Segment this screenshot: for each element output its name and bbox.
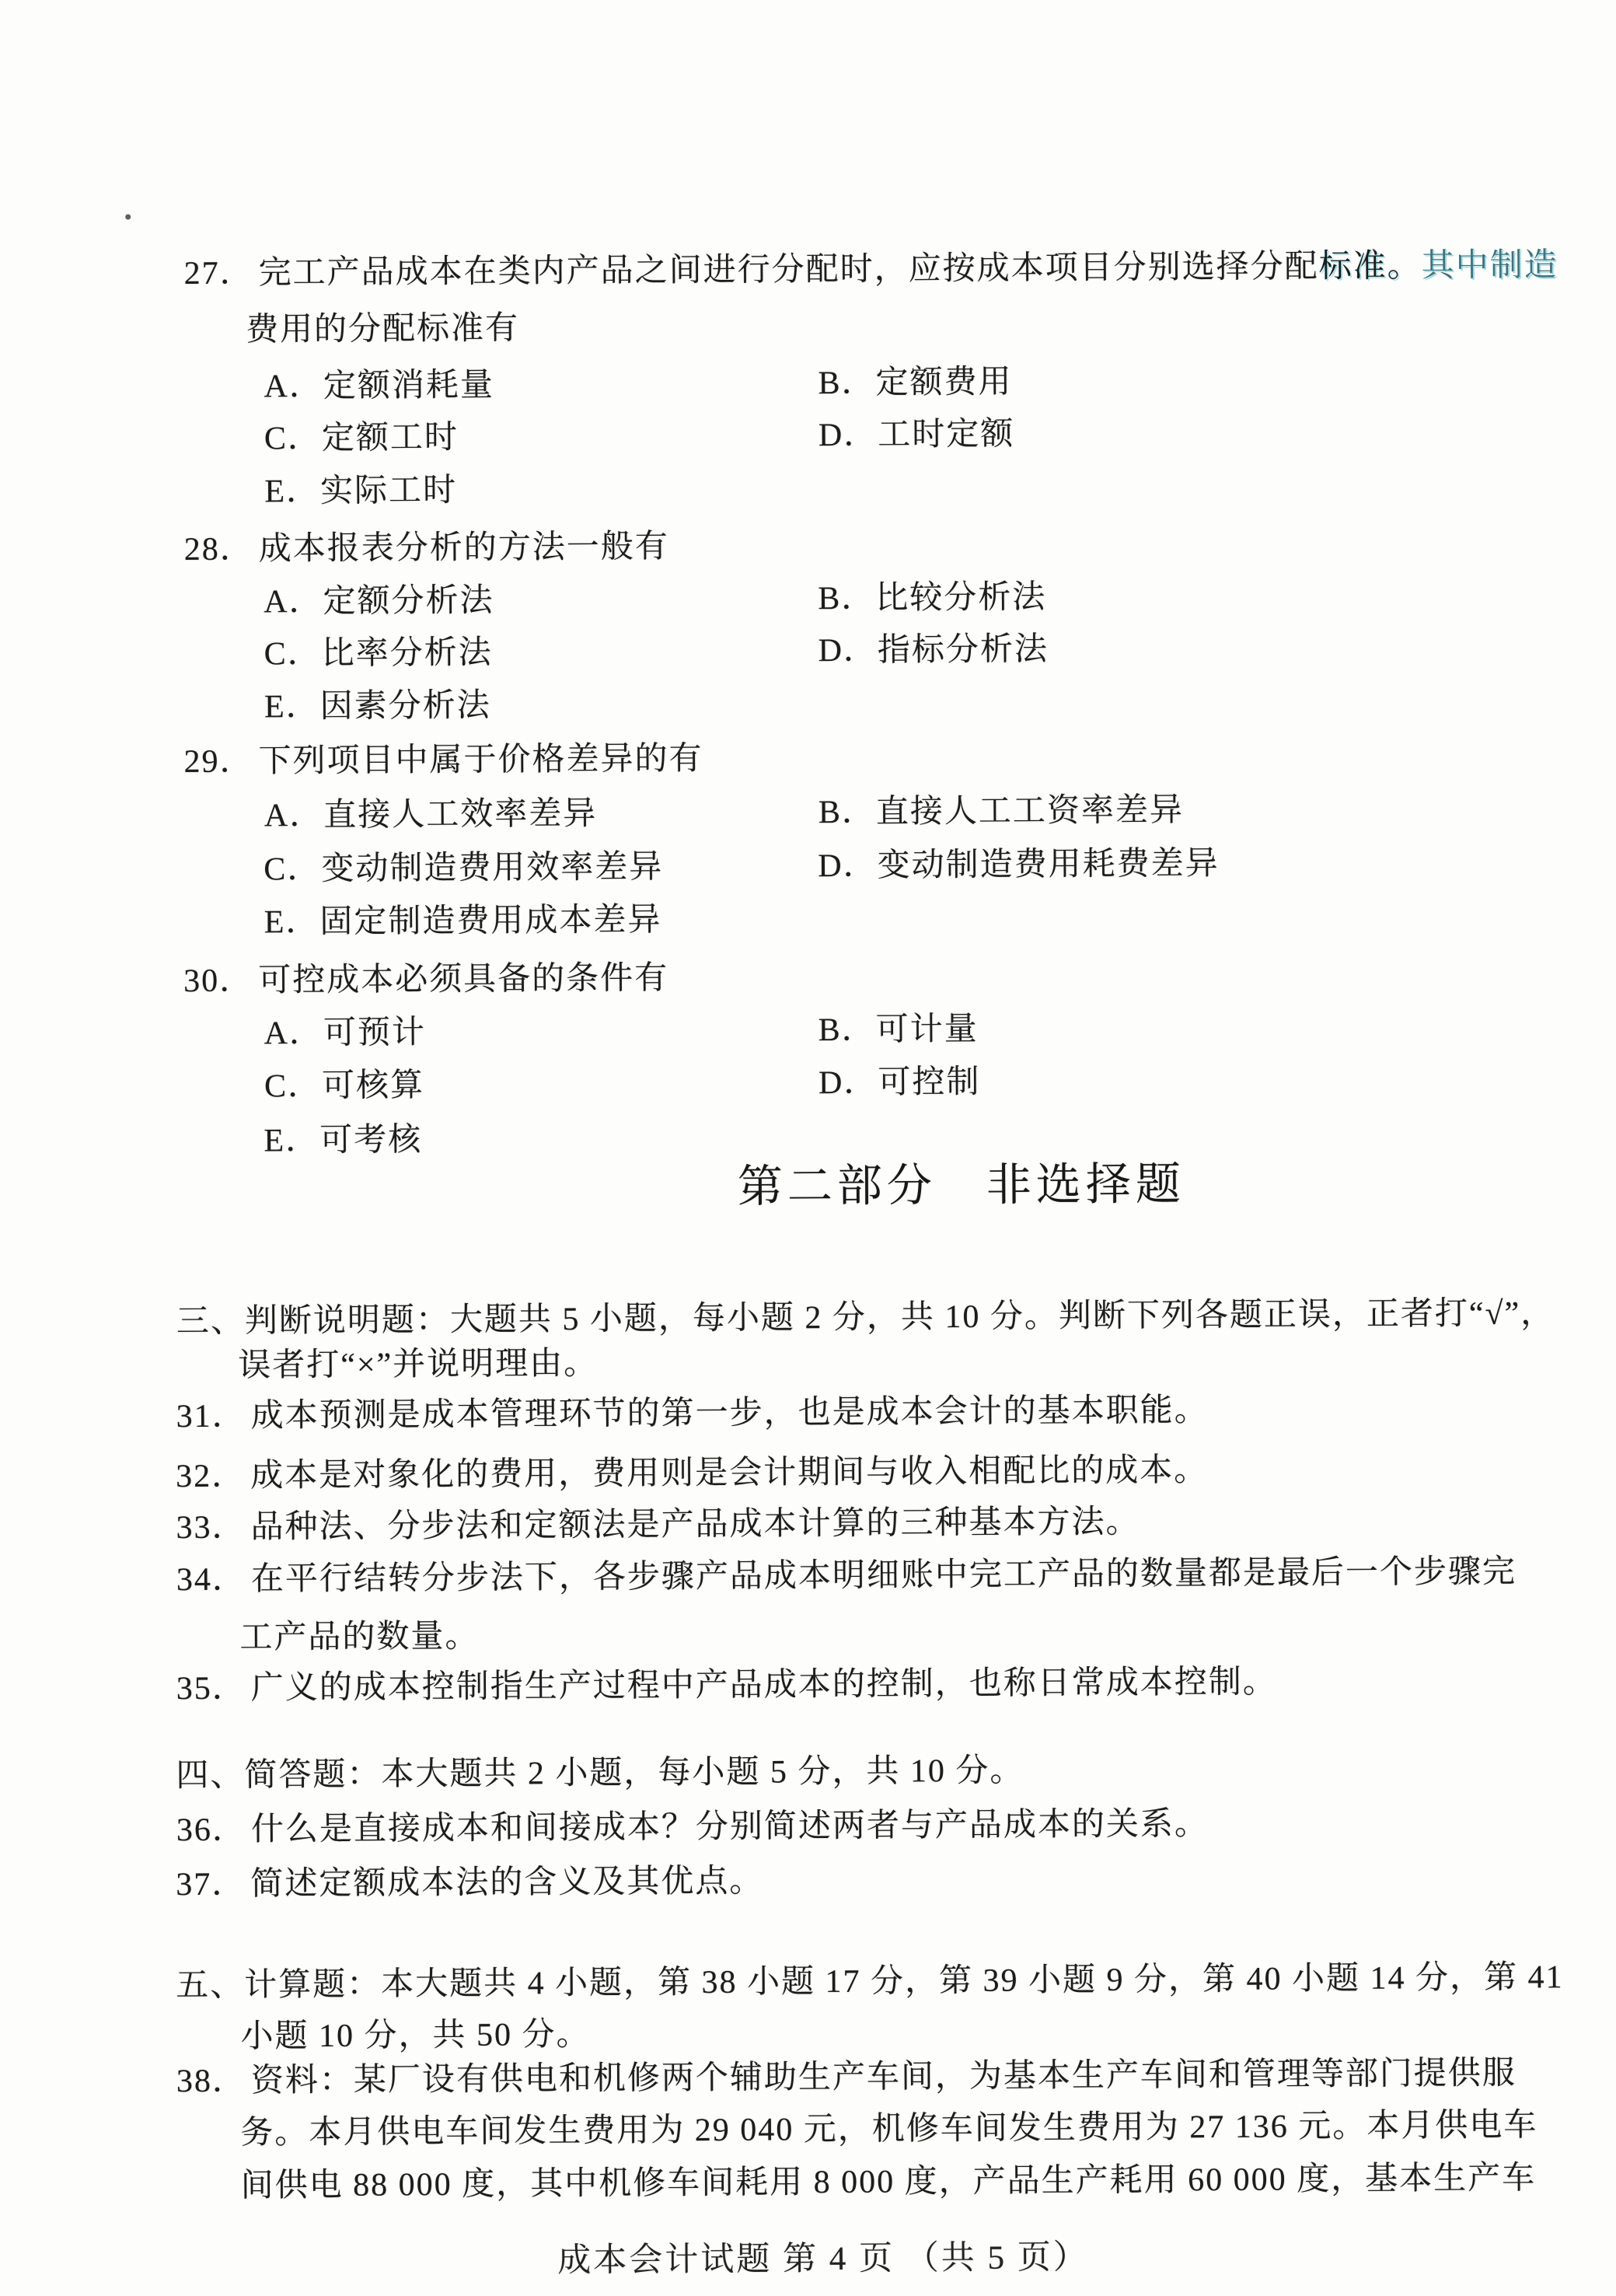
question-33: 33．品种法、分步法和定额法是产品成本计算的三种基本方法。	[176, 1504, 1140, 1546]
option-q30-b: B．可计量	[818, 1012, 978, 1048]
option-q28-c: C．比率分析法	[264, 635, 493, 673]
scan-noise-dot	[125, 214, 131, 219]
option-q29-e: E．固定制造费用成本差异	[264, 902, 662, 940]
question-29-number: 29．	[183, 744, 253, 781]
question-31-text: 成本预测是成本管理环节的第一步，也是成本会计的基本职能。	[251, 1393, 1209, 1435]
question-34-line1: 34．在平行结转分步法下，各步骤产品成本明细账中完工产品的数量都是最后一个步骤完	[176, 1554, 1517, 1599]
question-36: 36．什么是直接成本和间接成本？分别简述两者与产品成本的关系。	[176, 1806, 1209, 1848]
question-35-number: 35．	[176, 1671, 246, 1707]
question-27-stem-cyan: 标准。	[1319, 248, 1422, 285]
exam-page: 27．完工产品成本在类内产品之间进行分配时，应按成本项目分别选择分配标准。其中制…	[0, 0, 1616, 2296]
question-27-number: 27．	[184, 255, 254, 292]
option-q28-e: E．因素分析法	[264, 688, 491, 725]
question-37-number: 37．	[176, 1867, 246, 1903]
option-q29-d: D．变动制造费用耗费差异	[818, 846, 1220, 884]
question-37: 37．简述定额成本法的含义及其优点。	[176, 1864, 763, 1903]
section-5-heading-line1: 五、计算题：本大题共 4 小题，第 38 小题 17 分，第 39 小题 9 分…	[176, 1959, 1564, 2004]
section-4-heading: 四、简答题：本大题共 2 小题，每小题 5 分，共 10 分。	[176, 1753, 1024, 1794]
question-30-number: 30．	[183, 963, 253, 1000]
question-38-line2: 务。本月供电车间发生费用为 29 040 元，机修车间发生费用为 27 136 …	[240, 2107, 1537, 2151]
question-32-number: 32．	[176, 1459, 246, 1495]
question-29-stem-text: 下列项目中属于价格差异的有	[258, 741, 703, 779]
question-34-line2: 工产品的数量。	[239, 1619, 479, 1656]
option-q30-a: A．可预计	[264, 1015, 426, 1051]
question-38-number: 38．	[176, 2064, 246, 2100]
question-31-number: 31．	[176, 1399, 246, 1435]
question-36-text: 什么是直接成本和间接成本？分别简述两者与产品成本的关系。	[251, 1806, 1209, 1848]
question-38-line3: 间供电 88 000 度，其中机修车间耗用 8 000 度，产品生产耗用 60 …	[241, 2160, 1537, 2203]
question-37-text: 简述定额成本法的含义及其优点。	[250, 1864, 763, 1903]
question-34-text-line1: 在平行结转分步法下，各步骤产品成本明细账中完工产品的数量都是最后一个步骤完	[251, 1554, 1517, 1598]
question-27-stem-line1: 27．完工产品成本在类内产品之间进行分配时，应按成本项目分别选择分配标准。其中制…	[184, 247, 1558, 292]
question-32: 32．成本是对象化的费用，费用则是会计期间与收入相配比的成本。	[176, 1452, 1208, 1494]
section-5-heading-line2: 小题 10 分，共 50 分。	[240, 2017, 590, 2055]
question-29-stem: 29．下列项目中属于价格差异的有	[183, 741, 703, 780]
option-q28-a: A．定额分析法	[264, 583, 494, 620]
section-3-heading-line1: 三、判断说明题：大题共 5 小题，每小题 2 分，共 10 分。判断下列各题正误…	[176, 1295, 1555, 1340]
option-q29-c: C．变动制造费用效率差异	[264, 849, 663, 887]
option-q30-e: E．可考核	[264, 1122, 422, 1158]
question-30-stem-text: 可控成本必须具备的条件有	[258, 960, 668, 998]
part-2-title: 第二部分 非选择题	[738, 1159, 1185, 1211]
option-q28-d: D．指标分析法	[818, 631, 1049, 669]
option-q29-b: B．直接人工工资率差异	[818, 792, 1184, 830]
option-q27-a: A．定额消耗量	[264, 368, 494, 405]
question-38-text-line1: 资料：某厂设有供电和机修两个辅助生产车间，为基本生产车间和管理等部门提供服	[251, 2056, 1517, 2099]
question-33-text: 品种法、分步法和定额法是产品成本计算的三种基本方法。	[250, 1504, 1140, 1546]
question-28-number: 28．	[184, 532, 254, 568]
question-34-number: 34．	[176, 1562, 246, 1599]
question-33-number: 33．	[176, 1510, 246, 1546]
question-38-line1: 38．资料：某厂设有供电和机修两个辅助生产车间，为基本生产车间和管理等部门提供服	[176, 2056, 1517, 2100]
section-3-heading-line2: 误者打“×”并说明理由。	[238, 1346, 598, 1384]
option-q30-c: C．可核算	[264, 1068, 424, 1104]
option-q28-b: B．比较分析法	[818, 579, 1046, 617]
option-q27-e: E．实际工时	[264, 473, 457, 510]
page-footer: 成本会计试题 第 4 页 （共 5 页）	[557, 2239, 1089, 2279]
question-27-stem-line2: 费用的分配标准有	[246, 310, 519, 348]
option-q29-a: A．直接人工效率差异	[264, 796, 598, 834]
question-36-number: 36．	[176, 1812, 246, 1849]
question-27-stem-faded: 其中制造	[1422, 247, 1558, 284]
question-27-stem-text: 完工产品成本在类内产品之间进行分配时，应按成本项目分别选择分配	[259, 249, 1319, 291]
option-q27-b: B．定额费用	[818, 365, 1012, 402]
question-35-text: 广义的成本控制指生产过程中产品成本的控制，也称日常成本控制。	[251, 1664, 1277, 1706]
question-28-stem: 28．成本报表分析的方法一般有	[184, 529, 669, 568]
question-32-text: 成本是对象化的费用，费用则是会计期间与收入相配比的成本。	[250, 1452, 1208, 1494]
question-30-stem: 30．可控成本必须具备的条件有	[183, 960, 668, 999]
option-q30-d: D．可控制	[818, 1064, 981, 1101]
option-q27-c: C．定额工时	[264, 420, 459, 457]
question-31: 31．成本预测是成本管理环节的第一步，也是成本会计的基本职能。	[176, 1393, 1209, 1435]
option-q27-d: D．工时定额	[818, 417, 1015, 454]
question-35: 35．广义的成本控制指生产过程中产品成本的控制，也称日常成本控制。	[176, 1664, 1277, 1707]
question-28-stem-text: 成本报表分析的方法一般有	[259, 529, 669, 567]
scanned-content: 27．完工产品成本在类内产品之间进行分配时，应按成本项目分别选择分配标准。其中制…	[0, 0, 1616, 2296]
